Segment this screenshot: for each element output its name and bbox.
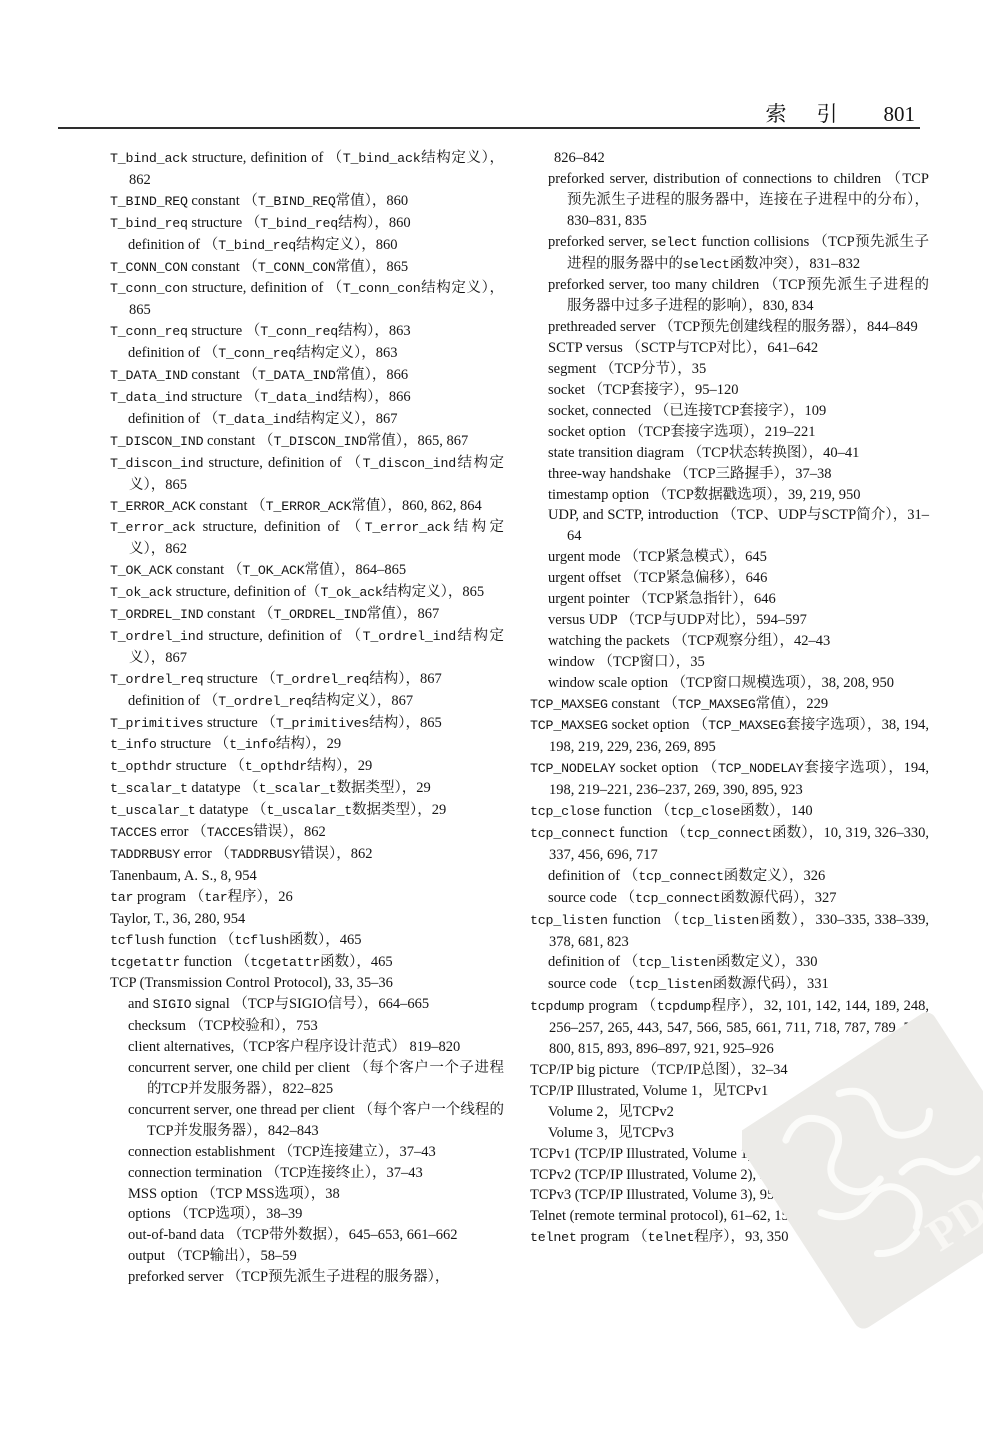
index-entry: tcgetattr function （tcgetattr函数），465: [110, 952, 504, 974]
entry-text: error （: [157, 824, 207, 840]
index-entry: watching the packets （TCP观察分组），42–43: [530, 631, 929, 652]
index-entry: output （TCP输出），58–59: [110, 1246, 504, 1267]
entry-text: concurrent server, one thread per client…: [128, 1102, 504, 1139]
entry-text: constant （: [203, 433, 273, 449]
index-entry: TCP_MAXSEG constant （TCP_MAXSEG常值），229: [530, 694, 929, 716]
index-entry: three-way handshake （TCP三路握手），37–38: [530, 464, 929, 485]
entry-text: 常值），229: [756, 696, 829, 712]
entry-text: Taylor, T., 36, 280, 954: [110, 911, 245, 927]
index-entry: timestamp option （TCP数据戳选项），39, 219, 950: [530, 485, 929, 506]
entry-text: 程序），93, 350: [694, 1229, 788, 1245]
code-term: T_discon_ind: [363, 456, 456, 471]
entry-text: constant （: [608, 696, 678, 712]
code-term: T_ok_ack: [110, 585, 172, 600]
entry-text: 错误），862: [253, 824, 326, 840]
index-entry: concurrent server, one child per client …: [110, 1058, 504, 1100]
entry-text: constant （: [188, 193, 258, 209]
index-entry: TADDRBUSY error （TADDRBUSY错误），862: [110, 844, 504, 866]
entry-text: checksum （TCP校验和），753: [128, 1018, 318, 1034]
code-term: select: [683, 257, 730, 272]
entry-text: 函数定义），326: [724, 868, 826, 884]
code-term: T_ERROR_ACK: [110, 499, 196, 514]
entry-text: 结构定义），860: [296, 237, 398, 253]
index-entry: urgent mode （TCP紧急模式），645: [530, 547, 929, 568]
code-term: T_primitives: [276, 716, 369, 731]
code-term: T_BIND_REQ: [258, 194, 336, 209]
index-entry: T_conn_con structure, definition of （T_c…: [110, 278, 504, 321]
code-term: t_uscalar_t: [266, 803, 352, 818]
code-term: T_data_ind: [218, 412, 296, 427]
entry-text: structure, definition of （: [188, 150, 343, 166]
entry-text: function （: [600, 803, 670, 819]
entry-text: function （: [608, 912, 681, 928]
entry-text: Telnet (remote terminal protocol), 61–62…: [530, 1208, 912, 1224]
index-entry: TCP/IP big picture （TCP/IP总图），32–34: [530, 1060, 929, 1081]
entry-text: 结构），29: [307, 758, 372, 774]
code-term: T_ORDREL_IND: [273, 607, 366, 622]
entry-text: definition of （: [128, 411, 218, 427]
code-term: t_scalar_t: [110, 781, 188, 796]
code-term: T_error_ack: [365, 520, 451, 535]
index-entry: definition of （T_data_ind结构定义），867: [110, 409, 504, 431]
entry-text: preforked server, too many children （TCP…: [548, 277, 929, 314]
index-entry: tcp_connect function （tcp_connect函数），10,…: [530, 823, 929, 866]
index-entry: tar program （tar程序），26: [110, 887, 504, 909]
code-term: TCP_MAXSEG: [678, 697, 756, 712]
code-term: tcp_close: [670, 804, 740, 819]
index-entry: window scale option （TCP窗口规模选项），38, 208,…: [530, 673, 929, 694]
code-term: t_info: [229, 737, 276, 752]
code-term: T_DATA_IND: [110, 368, 188, 383]
entry-text: socket （TCP套接字），95–120: [548, 382, 739, 398]
code-term: tcp_listen: [530, 913, 608, 928]
book-page: 索 引 801 T_bind_ack structure, definition…: [0, 0, 983, 1447]
entry-text: structure, definition of（: [172, 584, 320, 600]
entry-text: 结构定义），865: [383, 584, 485, 600]
entry-text: Volume 2，见TCPv2: [548, 1104, 674, 1120]
entry-text: TCP (Transmission Control Protocol), 33,…: [110, 975, 393, 991]
entry-text: function （: [180, 954, 250, 970]
entry-text: structure, definition of （: [188, 280, 343, 296]
code-term: tcgetattr: [110, 955, 180, 970]
index-entry: preforked server, too many children （TCP…: [530, 275, 929, 317]
index-entry: T_ordrel_req structure （T_ordrel_req结构），…: [110, 669, 504, 691]
index-entry: T_ERROR_ACK constant （T_ERROR_ACK常值），860…: [110, 496, 504, 518]
index-entry: TCPv1 (TCP/IP Illustrated, Volume 1), 95…: [530, 1144, 929, 1165]
index-entry: preforked server, select function collis…: [530, 232, 929, 276]
code-term: tcp_connect: [530, 826, 616, 841]
index-entry: and SIGIO signal （TCP与SIGIO信号），664–665: [110, 994, 504, 1016]
entry-text: structure （: [203, 715, 275, 731]
code-term: T_ordrel_ind: [110, 629, 203, 644]
entry-text: structure （: [157, 736, 229, 752]
index-entry: versus UDP （TCP与UDP对比），594–597: [530, 610, 929, 631]
index-entry: T_discon_ind structure, definition of （T…: [110, 453, 504, 496]
code-term: TADDRBUSY: [230, 847, 300, 862]
index-entry: T_ordrel_ind structure, definition of （T…: [110, 626, 504, 669]
entry-text: client alternatives,（TCP客户程序设计范式） 819–82…: [128, 1039, 460, 1055]
code-term: T_DATA_IND: [258, 368, 336, 383]
entry-text: Tanenbaum, A. S., 8, 954: [110, 868, 257, 884]
code-term: T_bind_ack: [110, 151, 188, 166]
index-entry: definition of （T_ordrel_req结构定义），867: [110, 691, 504, 713]
entry-text: urgent mode （TCP紧急模式），645: [548, 549, 767, 565]
index-entry: 826–842: [530, 148, 929, 169]
index-entry: T_BIND_REQ constant （T_BIND_REQ常值），860: [110, 191, 504, 213]
entry-text: 结构定义），863: [296, 345, 398, 361]
entry-text: program （: [133, 889, 204, 905]
entry-text: preforked server （TCP预先派生子进程的服务器），: [128, 1269, 449, 1285]
entry-text: 常值），860, 862, 864: [351, 498, 482, 514]
entry-text: 函数源代码），331: [713, 976, 829, 992]
entry-text: definition of （: [128, 693, 218, 709]
index-entry: SCTP versus （SCTP与TCP对比），641–642: [530, 338, 929, 359]
index-entry: TCP_MAXSEG socket option （TCP_MAXSEG套接字选…: [530, 715, 929, 758]
code-term: T_ordrel_ind: [363, 629, 456, 644]
code-term: T_ok_ack: [320, 585, 382, 600]
code-term: TCP_NODELAY: [718, 761, 804, 776]
entry-text: window scale option （TCP窗口规模选项），38, 208,…: [548, 675, 894, 691]
entry-text: prethreaded server （TCP预先创建线程的服务器），844–8…: [548, 319, 918, 335]
index-entry: options （TCP选项），38–39: [110, 1204, 504, 1225]
entry-text: socket option （: [608, 717, 708, 733]
entry-text: function （: [616, 825, 687, 841]
index-entry: TCP/IP Illustrated, Volume 1，见TCPv1: [530, 1081, 929, 1102]
index-entry: T_data_ind structure （T_data_ind结构），866: [110, 387, 504, 409]
entry-text: out-of-band data （TCP带外数据），645–653, 661–…: [128, 1227, 457, 1243]
entry-text: structure, definition of （: [196, 519, 365, 535]
entry-text: 函数源代码），327: [721, 890, 837, 906]
entry-text: error （: [180, 846, 230, 862]
code-term: tcpdump: [657, 999, 711, 1014]
index-entry: prethreaded server （TCP预先创建线程的服务器），844–8…: [530, 317, 929, 338]
code-term: T_DISCON_IND: [273, 434, 366, 449]
entry-text: constant （: [188, 367, 258, 383]
section-title-char: 引: [817, 98, 838, 128]
index-entry: TCPv2 (TCP/IP Illustrated, Volume 2), 95…: [530, 1165, 929, 1186]
entry-text: concurrent server, one child per client …: [128, 1060, 504, 1097]
code-term: TCP_MAXSEG: [530, 718, 608, 733]
code-term: t_scalar_t: [259, 781, 337, 796]
index-entry: urgent offset （TCP紧急偏移），646: [530, 568, 929, 589]
index-entry: t_info structure （t_info结构），29: [110, 734, 504, 756]
entry-text: datatype （: [188, 780, 259, 796]
entry-text: structure （: [172, 758, 244, 774]
entry-text: constant （: [188, 259, 258, 275]
entry-text: program （: [577, 1229, 648, 1245]
code-term: T_DISCON_IND: [110, 434, 203, 449]
code-term: T_bind_req: [218, 238, 296, 253]
code-term: T_CONN_CON: [258, 260, 336, 275]
entry-text: 常值），865, 867: [367, 433, 469, 449]
entry-text: socket option （TCP套接字选项），219–221: [548, 424, 815, 440]
code-term: T_data_ind: [110, 390, 188, 405]
section-title-char: 索: [766, 98, 787, 128]
entry-text: options （TCP选项），38–39: [128, 1206, 302, 1222]
entry-text: definition of （: [548, 954, 638, 970]
entry-text: 结构），863: [338, 323, 411, 339]
index-entry: checksum （TCP校验和），753: [110, 1016, 504, 1037]
code-term: T_conn_con: [110, 281, 188, 296]
index-entry: tcflush function （tcflush函数），465: [110, 930, 504, 952]
entry-text: 结构），860: [338, 215, 411, 231]
entry-text: constant （: [172, 562, 242, 578]
code-term: tcpdump: [530, 999, 584, 1014]
index-entry: client alternatives,（TCP客户程序设计范式） 819–82…: [110, 1037, 504, 1058]
entry-text: 常值），865: [336, 259, 409, 275]
entry-text: preforked server,: [548, 234, 651, 250]
header-text: 索 引 801: [766, 98, 916, 128]
index-entry: preforked server, distribution of connec…: [530, 169, 929, 232]
entry-text: definition of （: [128, 237, 218, 253]
entry-text: 函数），465: [289, 932, 362, 948]
code-term: tcflush: [235, 933, 289, 948]
entry-text: TCPv2 (TCP/IP Illustrated, Volume 2), 95…: [530, 1167, 781, 1183]
entry-text: constant （: [203, 606, 273, 622]
entry-text: window （TCP窗口），35: [548, 654, 705, 670]
code-term: tar: [204, 890, 227, 905]
index-entry: T_ok_ack structure, definition of（T_ok_a…: [110, 582, 504, 604]
entry-text: UDP, and SCTP, introduction （TCP、UDP与SCT…: [548, 507, 929, 544]
code-term: T_error_ack: [110, 520, 196, 535]
code-term: TADDRBUSY: [110, 847, 180, 862]
code-term: tcgetattr: [250, 955, 320, 970]
code-term: t_opthdr: [245, 759, 307, 774]
index-entry: UDP, and SCTP, introduction （TCP、UDP与SCT…: [530, 505, 929, 547]
entry-text: urgent pointer （TCP紧急指针），646: [548, 591, 776, 607]
entry-text: segment （TCP分节），35: [548, 361, 706, 377]
entry-text: 结构），866: [338, 389, 411, 405]
entry-text: 结构），865: [369, 715, 442, 731]
entry-text: 结构定义），867: [296, 411, 398, 427]
code-term: T_discon_ind: [110, 456, 203, 471]
code-term: tcp_connect: [686, 826, 772, 841]
index-entry: preforked server （TCP预先派生子进程的服务器），: [110, 1267, 504, 1288]
index-entry: source code （tcp_listen函数源代码），331: [530, 974, 929, 996]
header-rule: [58, 127, 920, 129]
entry-text: structure, definition of （: [203, 455, 362, 471]
code-term: T_OK_ACK: [242, 563, 304, 578]
entry-text: 结构），867: [369, 671, 442, 687]
code-term: SIGIO: [153, 997, 192, 1012]
index-entry: T_ORDREL_IND constant （T_ORDREL_IND常值），8…: [110, 604, 504, 626]
index-entry: T_DISCON_IND constant （T_DISCON_IND常值），8…: [110, 431, 504, 453]
index-entry: tcpdump program （tcpdump程序），32, 101, 142…: [530, 996, 929, 1060]
entry-text: 函数），465: [320, 954, 393, 970]
entry-text: 数据类型），29: [336, 780, 430, 796]
entry-text: 结构定义），867: [312, 693, 414, 709]
index-entry: TACCES error （TACCES错误），862: [110, 822, 504, 844]
entry-text: 数据类型），29: [352, 802, 446, 818]
entry-text: structure （: [188, 323, 260, 339]
code-term: t_uscalar_t: [110, 803, 196, 818]
entry-text: 函数冲突），831–832: [730, 256, 861, 272]
code-term: telnet: [530, 1230, 577, 1245]
entry-text: structure, definition of （: [203, 628, 362, 644]
page-number: 801: [884, 102, 916, 127]
code-term: select: [651, 235, 698, 250]
entry-text: structure （: [188, 215, 260, 231]
code-term: T_ERROR_ACK: [266, 499, 352, 514]
entry-text: 程序），26: [228, 889, 293, 905]
index-entry: window （TCP窗口），35: [530, 652, 929, 673]
entry-text: structure （: [188, 389, 260, 405]
entry-text: 常值），867: [367, 606, 440, 622]
entry-text: 错误），862: [300, 846, 373, 862]
code-term: T_ordrel_req: [110, 672, 203, 687]
index-entry: definition of （tcp_connect函数定义），326: [530, 866, 929, 888]
index-entry: concurrent server, one thread per client…: [110, 1100, 504, 1142]
index-entry: T_conn_req structure （T_conn_req结构），863: [110, 321, 504, 343]
code-term: T_bind_ack: [343, 151, 421, 166]
code-term: T_data_ind: [260, 390, 338, 405]
code-term: T_conn_req: [218, 346, 296, 361]
entry-text: structure （: [203, 671, 275, 687]
entry-text: 826–842: [554, 150, 605, 166]
index-entry: T_error_ack structure, definition of （T_…: [110, 517, 504, 560]
index-entry: Volume 2，见TCPv2: [530, 1102, 929, 1123]
code-term: tcp_listen: [638, 955, 716, 970]
code-term: tcp_close: [530, 804, 600, 819]
index-entry: Telnet (remote terminal protocol), 61–62…: [530, 1206, 929, 1227]
entry-text: watching the packets （TCP观察分组），42–43: [548, 633, 830, 649]
entry-text: socket option （: [616, 760, 718, 776]
index-entry: connection establishment （TCP连接建立），37–43: [110, 1142, 504, 1163]
code-term: T_BIND_REQ: [110, 194, 188, 209]
index-entry: TCPv3 (TCP/IP Illustrated, Volume 3), 95…: [530, 1185, 929, 1206]
index-entry: T_bind_req structure （T_bind_req结构），860: [110, 213, 504, 235]
index-entry: T_primitives structure （T_primitives结构），…: [110, 713, 504, 735]
code-term: T_bind_req: [260, 216, 338, 231]
entry-text: urgent offset （TCP紧急偏移），646: [548, 570, 767, 586]
code-term: tcp_listen: [635, 977, 713, 992]
entry-text: definition of （: [128, 345, 218, 361]
entry-text: socket, connected （已连接TCP套接字），109: [548, 403, 826, 419]
entry-text: TCPv1 (TCP/IP Illustrated, Volume 1), 95…: [530, 1146, 781, 1162]
entry-text: signal （TCP与SIGIO信号），664–665: [191, 996, 429, 1012]
entry-text: state transition diagram （TCP状态转换图），40–4…: [548, 445, 859, 461]
entry-text: 常值），860: [336, 193, 409, 209]
entry-text: 常值），866: [336, 367, 409, 383]
page-header: 索 引 801: [58, 98, 920, 128]
index-entry: Tanenbaum, A. S., 8, 954: [110, 866, 504, 887]
index-entry: T_bind_ack structure, definition of （T_b…: [110, 148, 504, 191]
code-term: T_conn_req: [260, 324, 338, 339]
index-entry: Volume 3，见TCPv3: [530, 1123, 929, 1144]
entry-text: 函数定义），330: [716, 954, 818, 970]
entry-text: connection termination （TCP连接终止），37–43: [128, 1165, 423, 1181]
entry-text: output （TCP输出），58–59: [128, 1248, 297, 1264]
code-term: t_info: [110, 737, 157, 752]
code-term: tcflush: [110, 933, 164, 948]
index-entry: socket, connected （已连接TCP套接字），109: [530, 401, 929, 422]
index-entry: t_opthdr structure （t_opthdr结构），29: [110, 756, 504, 778]
entry-text: TCP/IP big picture （TCP/IP总图），32–34: [530, 1062, 788, 1078]
index-entry: tcp_listen function （tcp_listen函数），330–3…: [530, 910, 929, 953]
index-column-right: 826–842preforked server, distribution of…: [530, 148, 929, 1249]
index-entry: definition of （T_bind_req结构定义），860: [110, 235, 504, 257]
index-entry: socket option （TCP套接字选项），219–221: [530, 422, 929, 443]
entry-text: source code （: [548, 976, 635, 992]
code-term: tar: [110, 890, 133, 905]
code-term: telnet: [648, 1230, 695, 1245]
index-entry: T_OK_ACK constant （T_OK_ACK常值），864–865: [110, 560, 504, 582]
code-term: T_bind_req: [110, 216, 188, 231]
code-term: t_opthdr: [110, 759, 172, 774]
entry-text: timestamp option （TCP数据戳选项），39, 219, 950: [548, 487, 861, 503]
code-term: T_conn_req: [110, 324, 188, 339]
entry-text: 结构），29: [276, 736, 341, 752]
code-term: T_primitives: [110, 716, 203, 731]
index-entry: telnet program （telnet程序），93, 350: [530, 1227, 929, 1249]
index-column-left: T_bind_ack structure, definition of （T_b…: [110, 148, 504, 1288]
index-entry: tcp_close function （tcp_close函数），140: [530, 801, 929, 823]
entry-text: three-way handshake （TCP三路握手），37–38: [548, 466, 832, 482]
code-term: TCP_MAXSEG: [530, 697, 608, 712]
entry-text: SCTP versus （SCTP与TCP对比），641–642: [548, 340, 818, 356]
index-entry: connection termination （TCP连接终止），37–43: [110, 1163, 504, 1184]
code-term: TACCES: [207, 825, 254, 840]
entry-text: definition of （: [548, 868, 638, 884]
code-term: T_ordrel_req: [276, 672, 369, 687]
index-entry: state transition diagram （TCP状态转换图），40–4…: [530, 443, 929, 464]
entry-text: connection establishment （TCP连接建立），37–43: [128, 1144, 436, 1160]
code-term: T_ORDREL_IND: [110, 607, 203, 622]
index-entry: Taylor, T., 36, 280, 954: [110, 909, 504, 930]
code-term: tcp_connect: [638, 869, 724, 884]
index-entry: T_DATA_IND constant （T_DATA_IND常值），866: [110, 365, 504, 387]
index-entry: TCP_NODELAY socket option （TCP_NODELAY套接…: [530, 758, 929, 801]
entry-text: TCPv3 (TCP/IP Illustrated, Volume 3), 95…: [530, 1187, 781, 1203]
entry-text: versus UDP （TCP与UDP对比），594–597: [548, 612, 807, 628]
entry-text: and: [128, 996, 153, 1012]
code-term: T_conn_con: [343, 281, 421, 296]
entry-text: constant （: [196, 498, 266, 514]
code-term: tcp_listen: [681, 913, 759, 928]
code-term: T_CONN_CON: [110, 260, 188, 275]
entry-text: preforked server, distribution of connec…: [548, 171, 929, 229]
entry-text: TCP/IP Illustrated, Volume 1，见TCPv1: [530, 1083, 768, 1099]
entry-text: 函数），140: [740, 803, 813, 819]
entry-text: MSS option （TCP MSS选项），38: [128, 1186, 340, 1202]
entry-text: program （: [584, 998, 656, 1014]
entry-text: 常值），864–865: [305, 562, 407, 578]
index-entry: MSS option （TCP MSS选项），38: [110, 1184, 504, 1205]
index-entry: source code （tcp_connect函数源代码），327: [530, 888, 929, 910]
entry-text: datatype （: [196, 802, 267, 818]
index-entry: TCP (Transmission Control Protocol), 33,…: [110, 973, 504, 994]
code-term: TCP_MAXSEG: [708, 718, 786, 733]
code-term: tcp_connect: [635, 891, 721, 906]
index-entry: definition of （tcp_listen函数定义），330: [530, 952, 929, 974]
index-entry: socket （TCP套接字），95–120: [530, 380, 929, 401]
code-term: T_ordrel_req: [218, 694, 311, 709]
index-entry: out-of-band data （TCP带外数据），645–653, 661–…: [110, 1225, 504, 1246]
code-term: T_OK_ACK: [110, 563, 172, 578]
code-term: TACCES: [110, 825, 157, 840]
index-entry: t_scalar_t datatype （t_scalar_t数据类型），29: [110, 778, 504, 800]
entry-text: Volume 3，见TCPv3: [548, 1125, 674, 1141]
entry-text: function （: [164, 932, 234, 948]
code-term: TCP_NODELAY: [530, 761, 616, 776]
entry-text: source code （: [548, 890, 635, 906]
index-entry: definition of （T_conn_req结构定义），863: [110, 343, 504, 365]
index-entry: T_CONN_CON constant （T_CONN_CON常值），865: [110, 257, 504, 279]
index-entry: t_uscalar_t datatype （t_uscalar_t数据类型），2…: [110, 800, 504, 822]
index-entry: urgent pointer （TCP紧急指针），646: [530, 589, 929, 610]
index-entry: segment （TCP分节），35: [530, 359, 929, 380]
